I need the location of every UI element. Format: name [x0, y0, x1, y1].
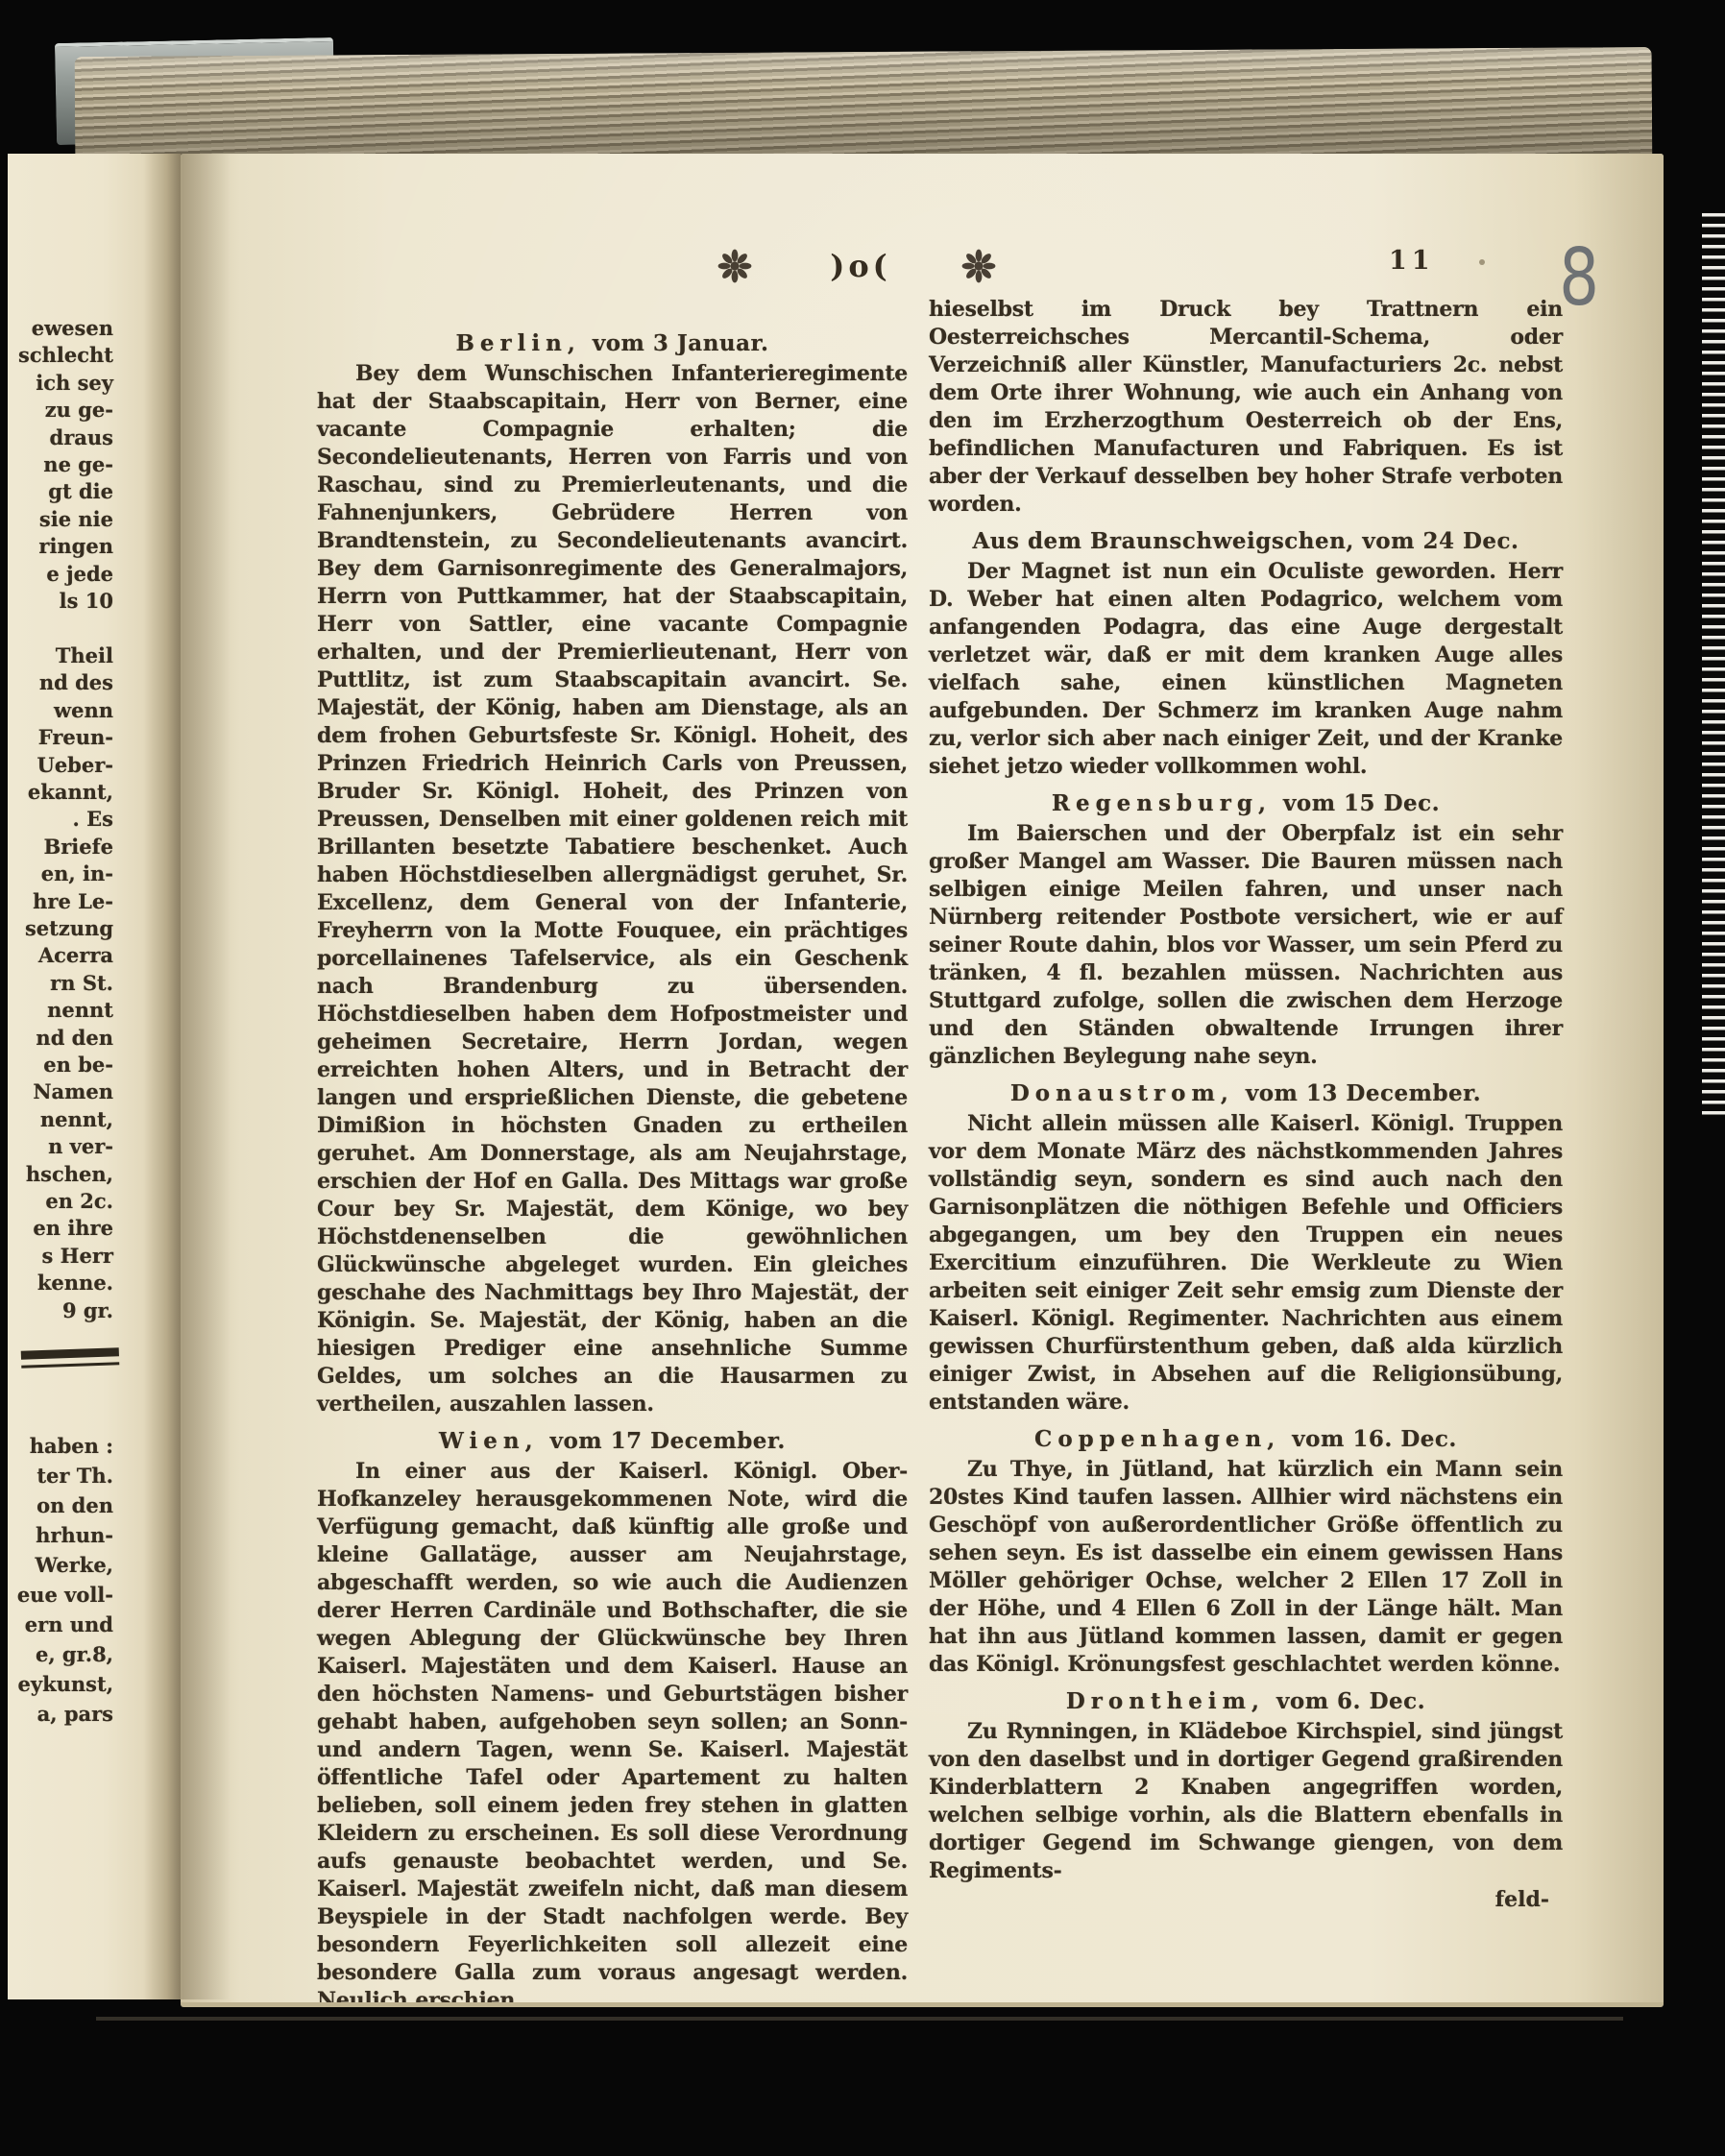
- heading-date: vom 16. Dec.: [1292, 1426, 1457, 1452]
- section-heading: Aus dem Braunschweigschen, vom 24 Dec.: [929, 528, 1563, 554]
- heading-date: vom 6. Dec.: [1276, 1688, 1425, 1714]
- newspaper-page: )o( 11 8 Be: [181, 154, 1664, 2007]
- catchword: feld-: [929, 1887, 1563, 1912]
- section-heading: Coppenhagen,vom 16. Dec.: [929, 1426, 1563, 1452]
- ink-speck: [1479, 259, 1485, 265]
- rosette-ornament-icon: [959, 246, 999, 286]
- heading-date: vom 15 Dec.: [1283, 790, 1440, 816]
- heading-place: Regensburg,: [1052, 790, 1272, 816]
- page-number: 11: [1389, 246, 1435, 276]
- section-body: Zu Rynningen, in Klädeboe Kirchspiel, si…: [929, 1718, 1563, 1885]
- bottom-page-edge: [96, 2017, 1623, 2021]
- section-heading: Berlin,vom 3 Januar.: [317, 330, 908, 356]
- section-heading: Wien,vom 17 December.: [317, 1428, 908, 1454]
- section-body: Nicht allein müssen alle Kaiserl. Königl…: [929, 1110, 1563, 1417]
- section-heading: Donaustrom,vom 13 December.: [929, 1080, 1563, 1106]
- previous-page-text-fragments-top: ewesen schlecht ich sey zu ge- draus ne …: [8, 315, 113, 1324]
- heading-place: Donaustrom,: [1010, 1080, 1234, 1106]
- text-columns: Berlin,vom 3 Januar. Bey dem Wunschische…: [317, 296, 1563, 2007]
- section-heading: Regensburg,vom 15 Dec.: [929, 790, 1563, 816]
- section-body-continuation: hieselbst im Druck bey Trattnern ein Oes…: [929, 296, 1563, 519]
- heading-place: Wien,: [439, 1428, 539, 1454]
- heading-place: Drontheim,: [1066, 1688, 1265, 1714]
- section-body: Der Magnet ist nun ein Oculiste geworden…: [929, 558, 1563, 781]
- heading-place: Coppenhagen,: [1034, 1426, 1280, 1452]
- heading-date: vom 17 December.: [550, 1428, 786, 1454]
- heading-date: vom 3 Januar.: [593, 330, 769, 356]
- rosette-ornament-icon: [715, 246, 755, 286]
- section-body: Zu Thye, in Jütland, hat kürzlich ein Ma…: [929, 1456, 1563, 1679]
- section-heading: Drontheim,vom 6. Dec.: [929, 1688, 1563, 1714]
- text-column-left: Berlin,vom 3 Januar. Bey dem Wunschische…: [317, 296, 908, 2007]
- section-body: Bey dem Wunschischen Infanterieregimente…: [317, 360, 908, 1418]
- book-fore-edge-stripes: [1702, 213, 1725, 1116]
- section-divider-rule: [21, 1347, 120, 1369]
- heading-date: Aus dem Braunschweigschen, vom 24 Dec.: [972, 528, 1518, 554]
- heading-place: Berlin,: [455, 330, 580, 356]
- handwritten-folio-number: 8: [1559, 232, 1599, 324]
- section-body: Im Baierschen und der Oberpfalz ist ein …: [929, 820, 1563, 1071]
- previous-page-text-fragments-bottom: haben : ter Th. on den hrhun- Werke, eue…: [8, 1431, 113, 1729]
- section-body: In einer aus der Kaiserl. Königl. Ober-H…: [317, 1458, 908, 2007]
- text-column-right: hieselbst im Druck bey Trattnern ein Oes…: [929, 296, 1563, 2007]
- gutter-shadow: [144, 154, 231, 1999]
- scanned-book-photo: ewesen schlecht ich sey zu ge- draus ne …: [0, 0, 1725, 2156]
- heading-date: vom 13 December.: [1246, 1080, 1481, 1106]
- header-separator-mark: )o(: [803, 248, 918, 284]
